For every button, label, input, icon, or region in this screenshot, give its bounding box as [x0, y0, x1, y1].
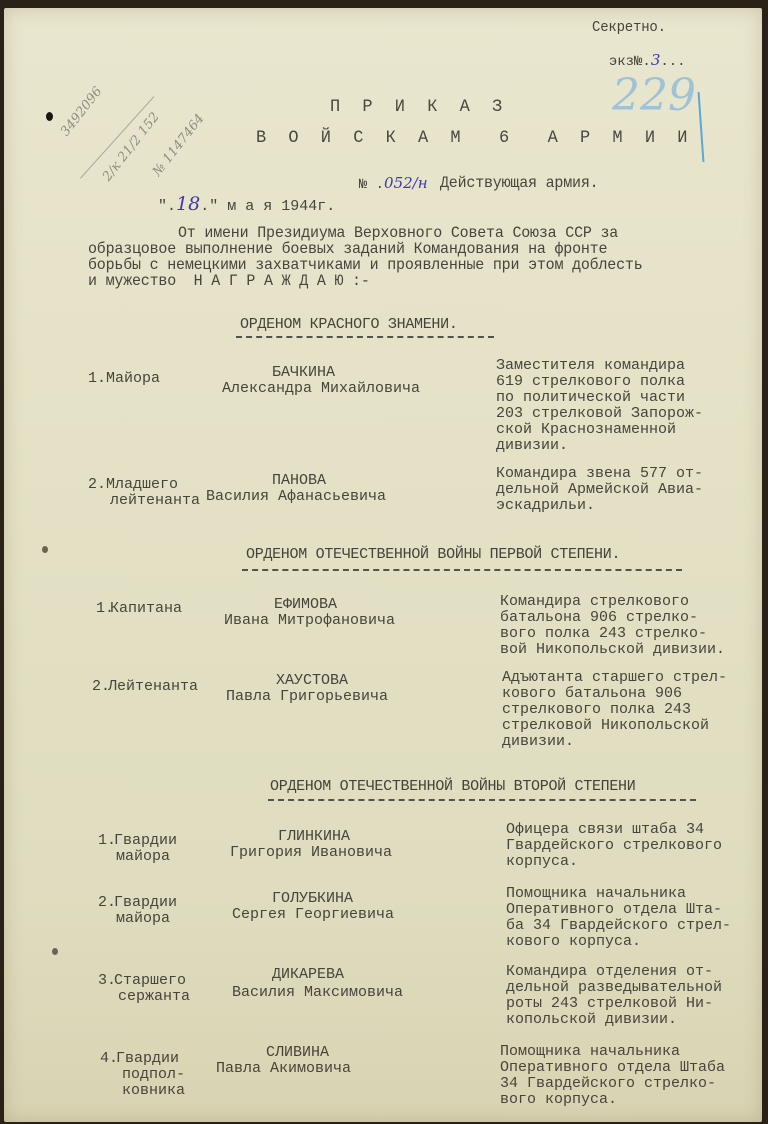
- rank: Майора: [106, 370, 160, 387]
- rank: сержанта: [118, 988, 190, 1005]
- order-number: № .052/н: [342, 158, 428, 193]
- position-line: дивизии.: [502, 734, 574, 750]
- heading-underline: [242, 569, 682, 571]
- surname: ХАУСТОВА: [276, 672, 348, 689]
- position-line: Командира отделения от-: [506, 964, 713, 980]
- surname: ПАНОВА: [272, 472, 326, 489]
- rank: Гвардии: [116, 1050, 179, 1067]
- rank: подпол-: [122, 1066, 185, 1083]
- position-line: кового корпуса.: [506, 934, 641, 950]
- position-line: дельной Армейской Авиа-: [496, 482, 703, 498]
- given-names: Александра Михайловича: [222, 380, 420, 397]
- punch-hole: [42, 546, 48, 553]
- award-number: 2.: [88, 476, 106, 493]
- surname: ГЛИНКИНА: [278, 828, 350, 845]
- given-names: Григория Ивановича: [230, 844, 392, 861]
- punch-hole: [46, 112, 53, 121]
- position-line: Помощника начальника: [500, 1044, 680, 1060]
- position-line: Оперативного отдела Штаба: [500, 1060, 725, 1076]
- surname: ДИКАРЕВА: [272, 966, 344, 983]
- date-rest: ." м а я 1944г.: [200, 198, 335, 215]
- rank: Лейтенанта: [108, 678, 198, 695]
- order-title: П Р И К А З: [330, 100, 508, 117]
- position-line: дельной разведывательной: [506, 980, 722, 996]
- surname: ЕФИМОВА: [274, 596, 337, 613]
- copy-number-handwritten: 3: [651, 51, 661, 69]
- heading-underline: [268, 799, 696, 801]
- given-names: Сергея Георгиевича: [232, 906, 394, 923]
- rank: Капитана: [110, 600, 182, 617]
- position-line: ской Краснознаменной: [496, 422, 676, 438]
- position-line: дивизии.: [496, 438, 568, 454]
- given-names: Павла Акимовича: [216, 1060, 351, 1077]
- rank: Младшего: [106, 476, 178, 493]
- date-open: ".: [158, 198, 176, 215]
- position-line: Командира стрелкового: [500, 594, 689, 610]
- position-line: батальона 906 стрелко-: [500, 610, 698, 626]
- copy-number-line: экз№.3...: [592, 35, 686, 70]
- copy-dots: ...: [660, 54, 685, 70]
- position-line: 34 Гвардейского стрелко-: [500, 1076, 716, 1092]
- rank: Гвардии: [114, 832, 177, 849]
- given-names: Ивана Митрофановича: [224, 612, 395, 629]
- punch-hole: [52, 948, 58, 955]
- secrecy-label: Секретно.: [592, 20, 666, 37]
- position-line: 619 стрелкового полка: [496, 374, 685, 390]
- order-number-handwritten: 052/н: [384, 174, 428, 192]
- position-line: роты 243 стрелковой Ни-: [506, 996, 713, 1012]
- order-number-prefix: № .: [359, 177, 384, 193]
- preamble-line: и мужество Н А Г Р А Ж Д А Ю :-: [88, 274, 370, 291]
- position-line: Заместителя командира: [496, 358, 685, 374]
- position-line: Адъютанта старшего стрел-: [502, 670, 727, 686]
- section-heading: ОРДЕНОМ ОТЕЧЕСТВЕННОЙ ВОЙНЫ ПЕРВОЙ СТЕПЕ…: [246, 546, 620, 563]
- copy-label: экз№.: [609, 54, 651, 70]
- section-heading: ОРДЕНОМ КРАСНОГО ЗНАМЕНИ.: [240, 316, 458, 333]
- surname: СЛИВИНА: [266, 1044, 329, 1061]
- position-line: по политической части: [496, 390, 685, 406]
- position-line: Помощника начальника: [506, 886, 686, 902]
- surname: ГОЛУБКИНА: [272, 890, 353, 907]
- position-line: корпуса.: [506, 854, 578, 870]
- position-line: Оперативного отдела Шта-: [506, 902, 722, 918]
- given-names: Василия Максимовича: [232, 984, 403, 1001]
- position-line: эскадрильи.: [496, 498, 595, 514]
- date-day-handwritten: 18: [176, 193, 200, 215]
- handwritten-page-number: 229: [612, 70, 696, 121]
- rank: Гвардии: [114, 894, 177, 911]
- position-line: Офицера связи штаба 34: [506, 822, 704, 838]
- location: Действующая армия.: [440, 176, 598, 193]
- given-names: Павла Григорьевича: [226, 688, 388, 705]
- order-subtitle: В О Й С К А М 6 А Р М И И: [256, 131, 693, 148]
- rank: майора: [116, 848, 170, 865]
- rank: ковника: [122, 1082, 185, 1099]
- position-line: стрелкового полка 243: [502, 702, 691, 718]
- given-names: Василия Афанасьевича: [206, 488, 386, 505]
- position-line: ба 34 Гвардейского стрел-: [506, 918, 731, 934]
- position-line: копольской дивизии.: [506, 1012, 677, 1028]
- position-line: 203 стрелковой Запорож-: [496, 406, 703, 422]
- surname: БАЧКИНА: [272, 364, 335, 381]
- position-line: Командира звена 577 от-: [496, 466, 703, 482]
- position-line: Гвардейского стрелкового: [506, 838, 722, 854]
- position-line: вого полка 243 стрелко-: [500, 626, 707, 642]
- heading-underline: [236, 336, 494, 338]
- rank: лейтенанта: [110, 492, 200, 509]
- order-date: ".18." м а я 1944г.: [140, 176, 335, 215]
- position-line: стрелковой Никопольской: [502, 718, 709, 734]
- rank: Старшего: [114, 972, 186, 989]
- award-number: 1.: [88, 370, 106, 387]
- position-line: вой Никопольской дивизии.: [500, 642, 725, 658]
- position-line: вого корпуса.: [500, 1092, 617, 1108]
- section-heading: ОРДЕНОМ ОТЕЧЕСТВЕННОЙ ВОЙНЫ ВТОРОЙ СТЕПЕ…: [270, 778, 635, 795]
- rank: майора: [116, 910, 170, 927]
- position-line: кового батальона 906: [502, 686, 682, 702]
